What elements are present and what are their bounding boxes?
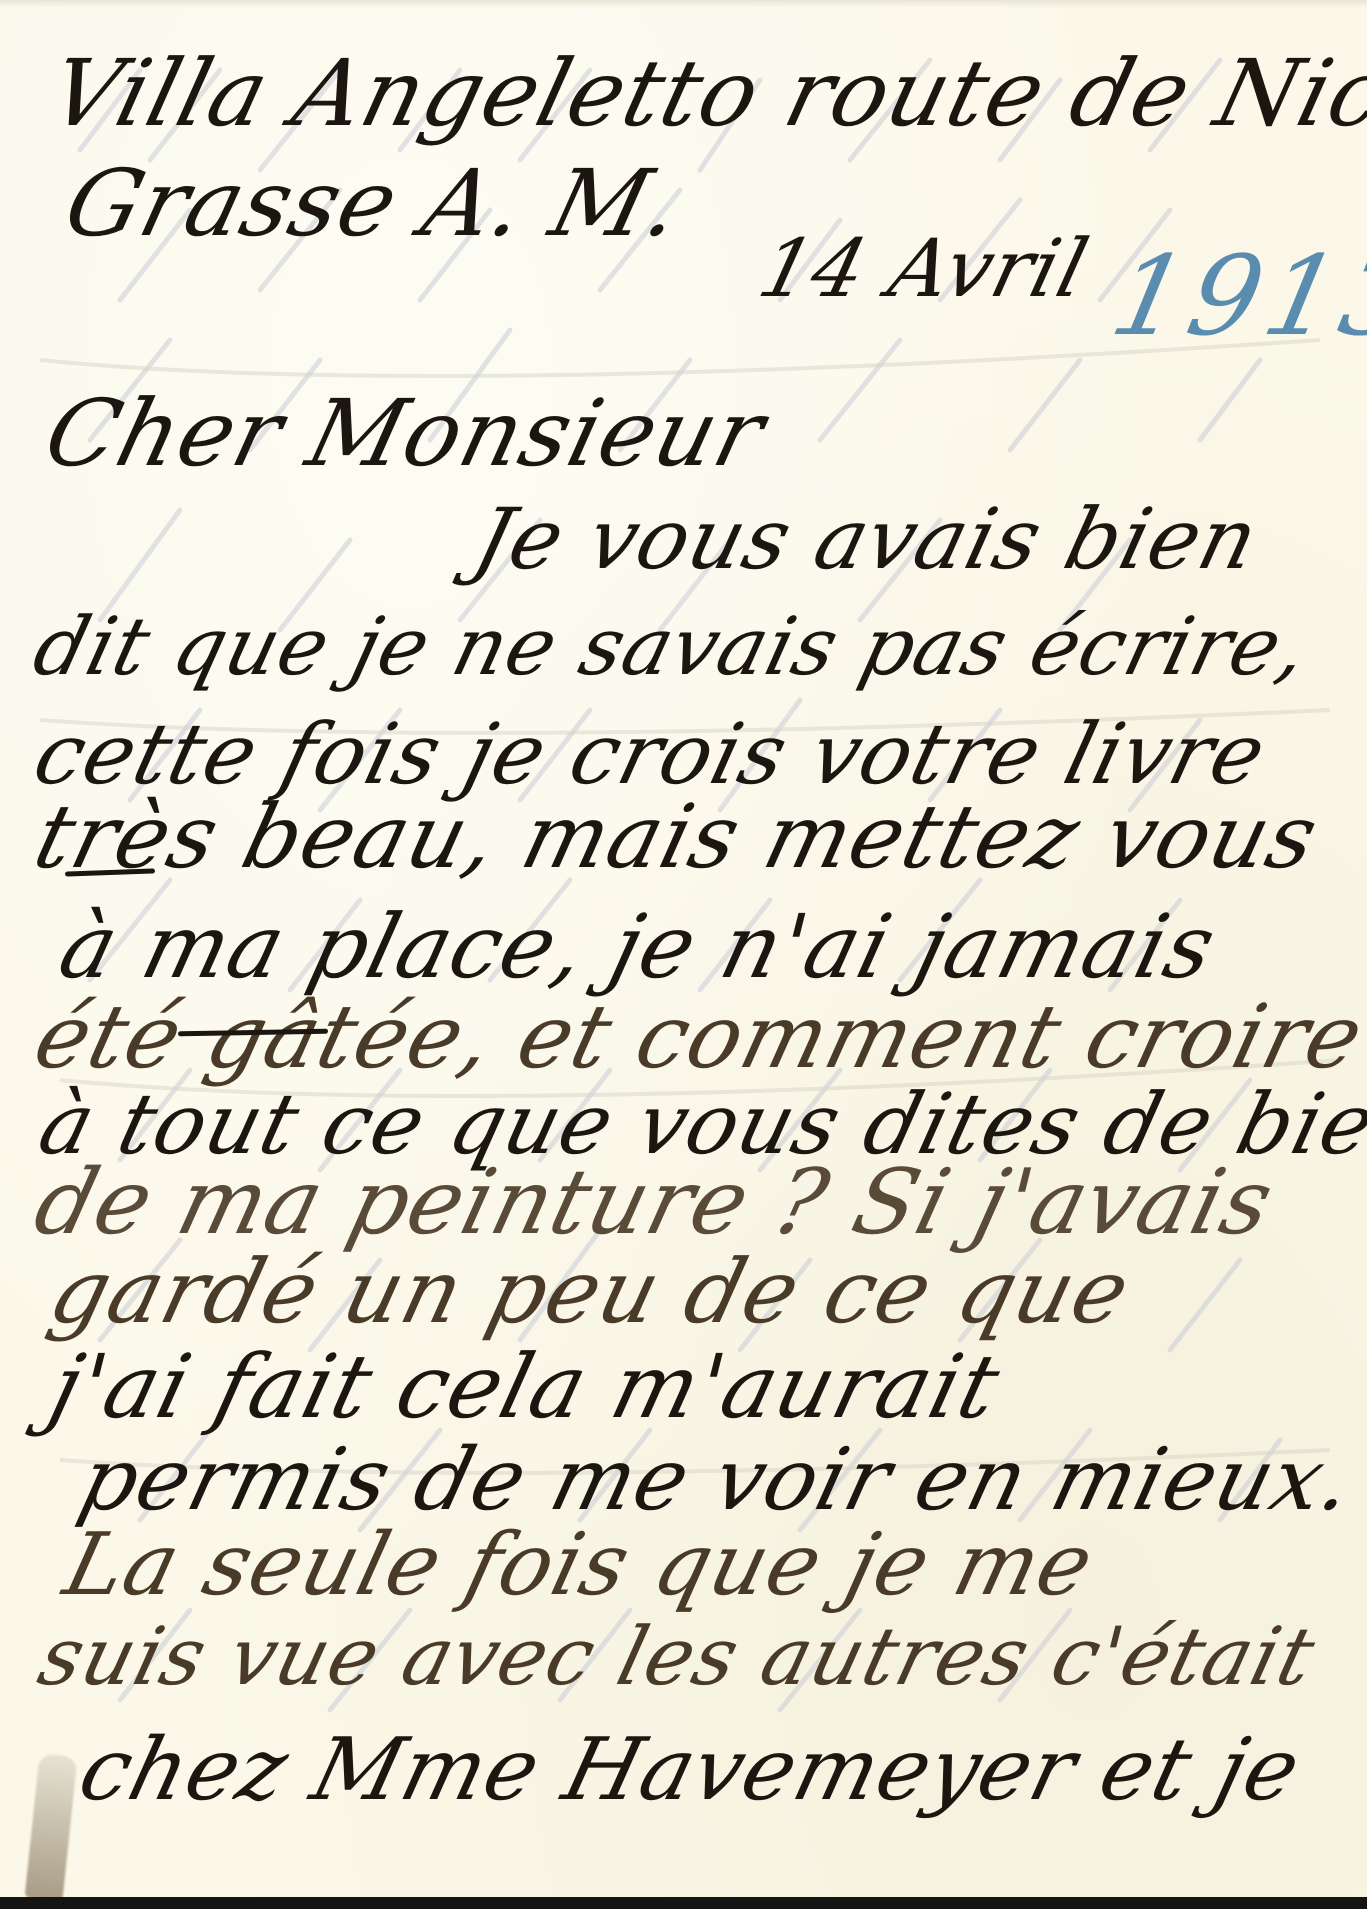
body-line: suis vue avec les autres c'était <box>30 1610 1324 1703</box>
body-line: j'ai fait cela m'aurait <box>40 1335 1010 1438</box>
body-line: gardé un peu de ce que <box>40 1240 1140 1343</box>
body-line: à ma place, je n'ai jamais <box>50 895 1226 998</box>
body-line: Je vous avais bien <box>465 490 1268 588</box>
address-line-1: Villa Angeletto route de Nice <box>40 40 1367 147</box>
paper-top-edge <box>0 0 1367 8</box>
letter-page: Villa Angeletto route de Nice Grasse A. … <box>0 0 1367 1909</box>
body-line: été gâtée, et comment croire <box>25 985 1367 1088</box>
letter-date: 14 Avril <box>750 222 1098 315</box>
body-line: dit que je ne savais pas écrire, <box>25 600 1318 693</box>
body-line: très beau, mais mettez vous <box>25 785 1328 888</box>
scan-bottom-border <box>0 1897 1367 1909</box>
ink-smudge <box>25 1753 78 1901</box>
address-line-2: Grasse A. M. <box>55 150 692 257</box>
body-line: La seule fois que je me <box>55 1515 1103 1615</box>
archival-year-annotation: 1913 <box>1101 232 1367 360</box>
body-line: chez Mme Havemeyer et je <box>70 1720 1310 1820</box>
salutation: Cher Monsieur <box>35 380 775 487</box>
